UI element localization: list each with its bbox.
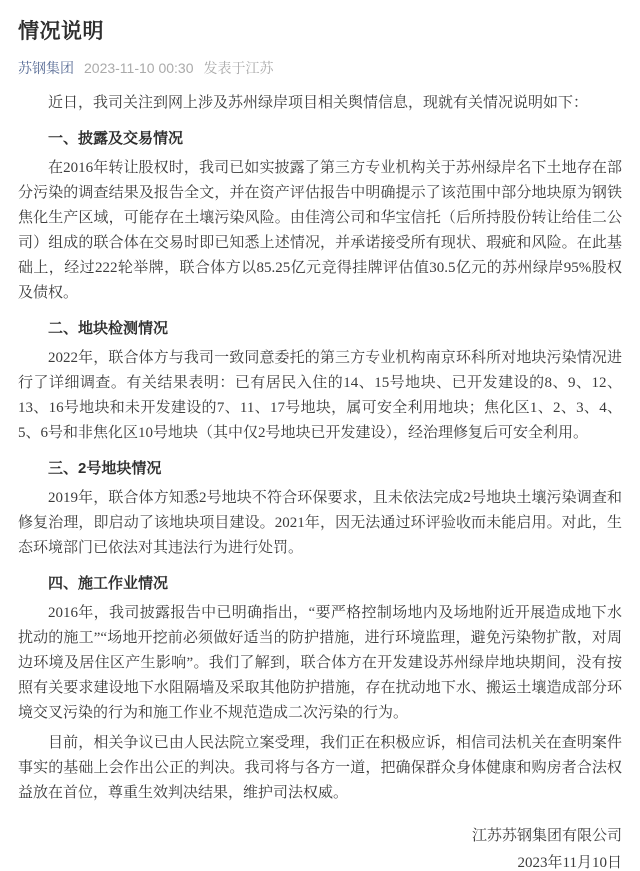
section-heading-inspection: 二、地块检测情况 xyxy=(18,316,622,341)
publish-location: 发表于江苏 xyxy=(204,58,274,78)
publish-timestamp: 2023-11-10 00:30 xyxy=(84,58,194,78)
section-heading-disclosure: 一、披露及交易情况 xyxy=(18,126,622,151)
signature-date: 2023年11月10日 xyxy=(18,850,622,871)
section-heading-construction: 四、施工作业情况 xyxy=(18,571,622,596)
section-paragraph-construction: 2016年，我司披露报告中已明确指出，“要严格控制场地内及场地附近开展造成地下水… xyxy=(18,601,622,726)
section-paragraph-disclosure: 在2016年转让股权时，我司已如实披露了第三方专业机构关于苏州绿岸名下土地存在部… xyxy=(18,156,622,306)
signature-block: 江苏苏钢集团有限公司 2023年11月10日 xyxy=(18,823,622,871)
section-paragraph-inspection: 2022年，联合体方与我司一致同意委托的第三方专业机构南京环科所对地块污染情况进… xyxy=(18,346,622,446)
article-body: 近日，我司关注到网上涉及苏州绿岸项目相关舆情信息，现就有关情况说明如下： 一、披… xyxy=(18,91,622,871)
page-title: 情况说明 xyxy=(18,0,622,47)
author-link[interactable]: 苏钢集团 xyxy=(18,58,74,78)
intro-paragraph: 近日，我司关注到网上涉及苏州绿岸项目相关舆情信息，现就有关情况说明如下： xyxy=(18,91,622,116)
section-paragraph-plot2: 2019年，联合体方知悉2号地块不符合环保要求，且未依法完成2号地块土壤污染调查… xyxy=(18,486,622,561)
byline: 苏钢集团 2023-11-10 00:30 发表于江苏 xyxy=(18,58,622,78)
section-heading-plot2: 三、2号地块情况 xyxy=(18,456,622,481)
signature-company: 江苏苏钢集团有限公司 xyxy=(18,823,622,850)
article-page: 情况说明 苏钢集团 2023-11-10 00:30 发表于江苏 近日，我司关注… xyxy=(0,0,640,871)
closing-paragraph: 目前，相关争议已由人民法院立案受理，我们正在积极应诉，相信司法机关在查明案件事实… xyxy=(18,731,622,806)
